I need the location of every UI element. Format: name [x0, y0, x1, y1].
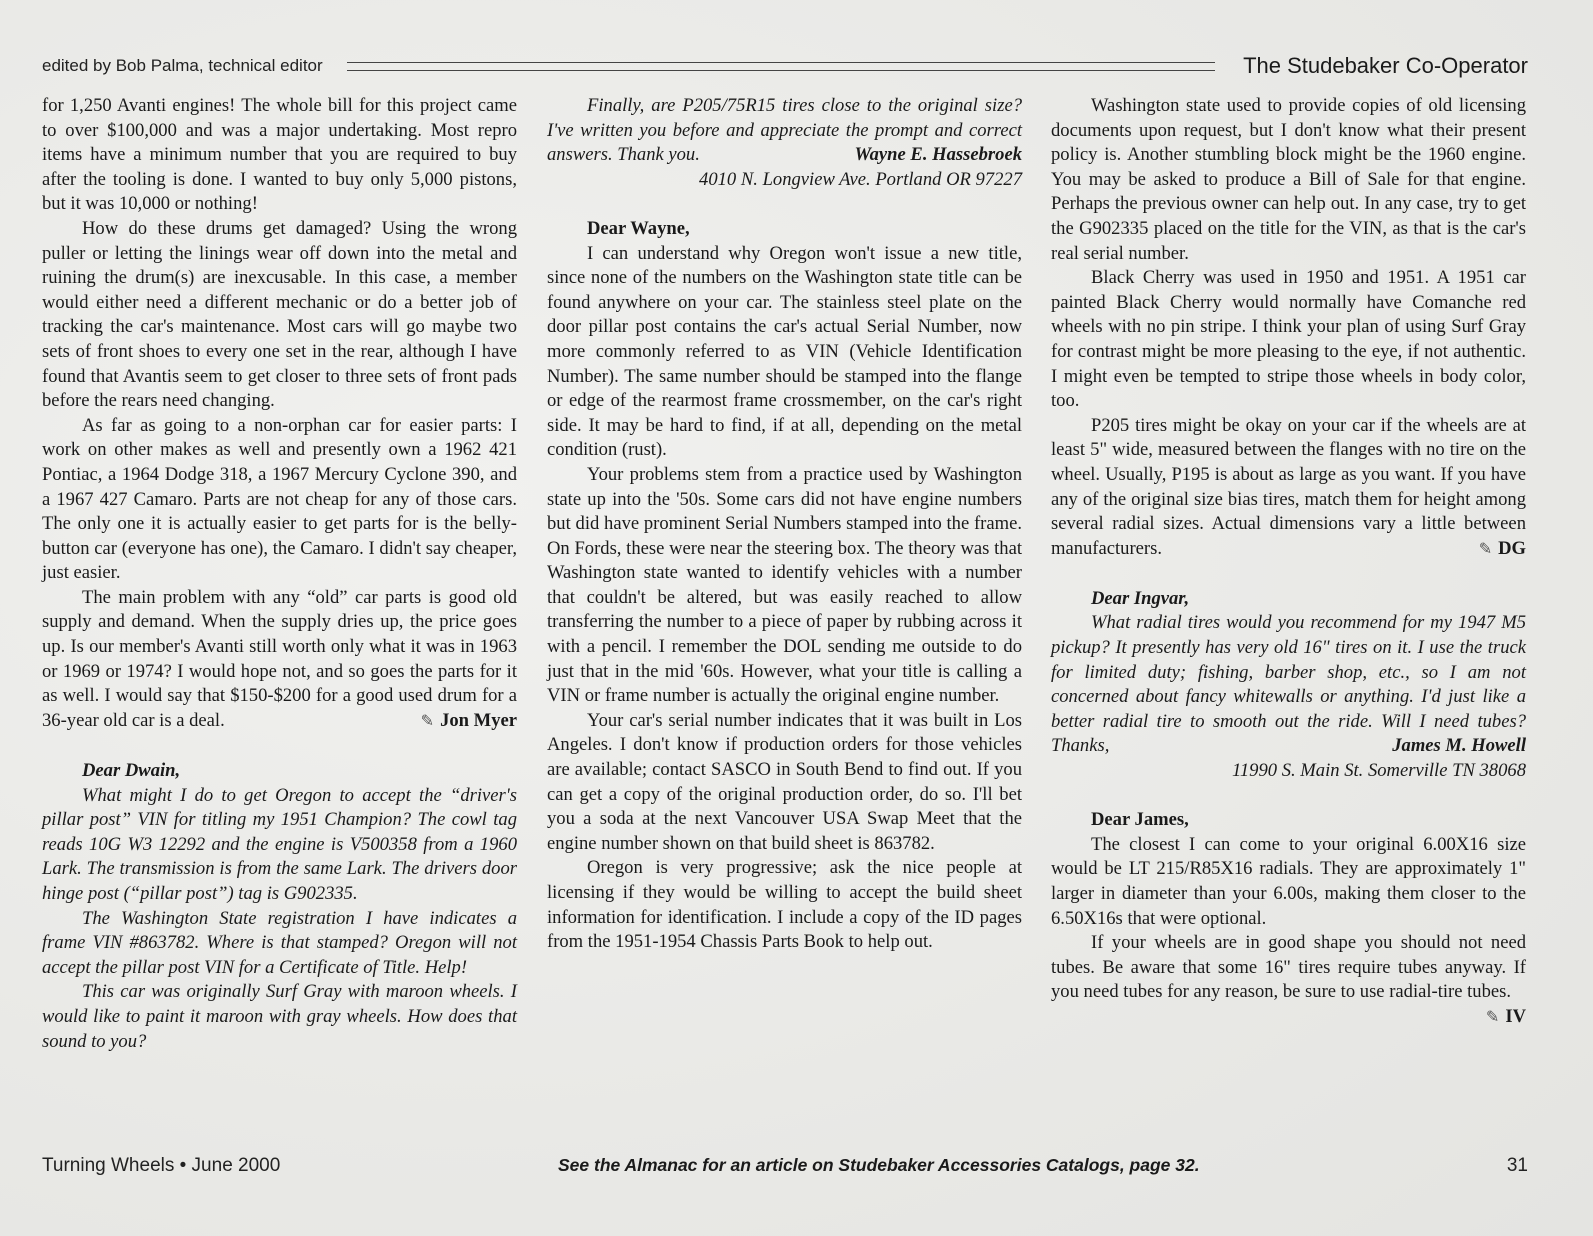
paragraph: Oregon is very progressive; ask the nice… — [547, 856, 1022, 954]
section-title: The Studebaker Co-Operator — [1243, 53, 1528, 79]
pencil-icon: ✎ — [421, 713, 434, 730]
letter-signature: Wayne E. Hassebroek — [814, 143, 1022, 168]
author-name: IV — [1505, 1006, 1526, 1027]
paragraph: Your car's serial number indicates that … — [547, 709, 1022, 857]
letter-paragraph: The Washington State registration I have… — [42, 907, 517, 981]
pencil-icon: ✎ — [1486, 1009, 1499, 1026]
page-footer: Turning Wheels • June 2000 See the Alman… — [42, 1155, 1528, 1183]
letter-paragraph: What might I do to get Oregon to accept … — [42, 784, 517, 907]
author-name: DG — [1498, 538, 1526, 559]
author-signature: ✎DG — [1439, 537, 1526, 563]
letter-address: 11990 S. Main St. Somerville TN 38068 — [1051, 759, 1526, 784]
author-signature: ✎Jon Myer — [381, 709, 517, 735]
paragraph: Black Cherry was used in 1950 and 1951. … — [1051, 266, 1526, 414]
header-double-rule — [347, 62, 1215, 71]
pencil-icon: ✎ — [1479, 541, 1492, 558]
paragraph-text: If your wheels are in good shape you sho… — [1051, 932, 1526, 1002]
paragraph: If your wheels are in good shape you sho… — [1051, 931, 1526, 1030]
page-number: 31 — [1507, 1155, 1528, 1177]
letter-paragraph: Finally, are P205/75R15 tires close to t… — [547, 94, 1022, 168]
letter-paragraph: This car was originally Surf Gray with m… — [42, 980, 517, 1054]
salutation: Dear James, — [1051, 808, 1526, 833]
editor-credit: edited by Bob Palma, technical editor — [42, 56, 323, 76]
letter-address: 4010 N. Longview Ave. Portland OR 97227 — [547, 168, 1022, 193]
column-2: Finally, are P205/75R15 tires close to t… — [547, 94, 1022, 955]
paragraph: The closest I can come to your original … — [1051, 833, 1526, 931]
cross-reference-note: See the Almanac for an article on Studeb… — [558, 1155, 1200, 1176]
letter-signature: James M. Howell — [1352, 734, 1526, 759]
paragraph: Your problems stem from a practice used … — [547, 463, 1022, 709]
author-signature: ✎IV — [1446, 1005, 1526, 1031]
salutation: Dear Wayne, — [547, 217, 1022, 242]
column-1: for 1,250 Avanti engines! The whole bill… — [42, 94, 517, 1054]
page-header: edited by Bob Palma, technical editor Th… — [42, 52, 1528, 80]
salutation: Dear Ingvar, — [1051, 587, 1526, 612]
paragraph: How do these drums get damaged? Using th… — [42, 217, 517, 414]
paragraph: The main problem with any “old” car part… — [42, 586, 517, 735]
author-name: Jon Myer — [440, 710, 517, 731]
column-3: Washington state used to provide copies … — [1051, 94, 1526, 1031]
letter-paragraph: What radial tires would you recommend fo… — [1051, 611, 1526, 759]
paragraph: As far as going to a non-orphan car for … — [42, 414, 517, 586]
paragraph: I can understand why Oregon won't issue … — [547, 242, 1022, 463]
salutation: Dear Dwain, — [42, 759, 517, 784]
paragraph: P205 tires might be okay on your car if … — [1051, 414, 1526, 563]
paragraph: for 1,250 Avanti engines! The whole bill… — [42, 94, 517, 217]
paragraph: Washington state used to provide copies … — [1051, 94, 1526, 266]
publication-issue: Turning Wheels • June 2000 — [42, 1155, 280, 1177]
